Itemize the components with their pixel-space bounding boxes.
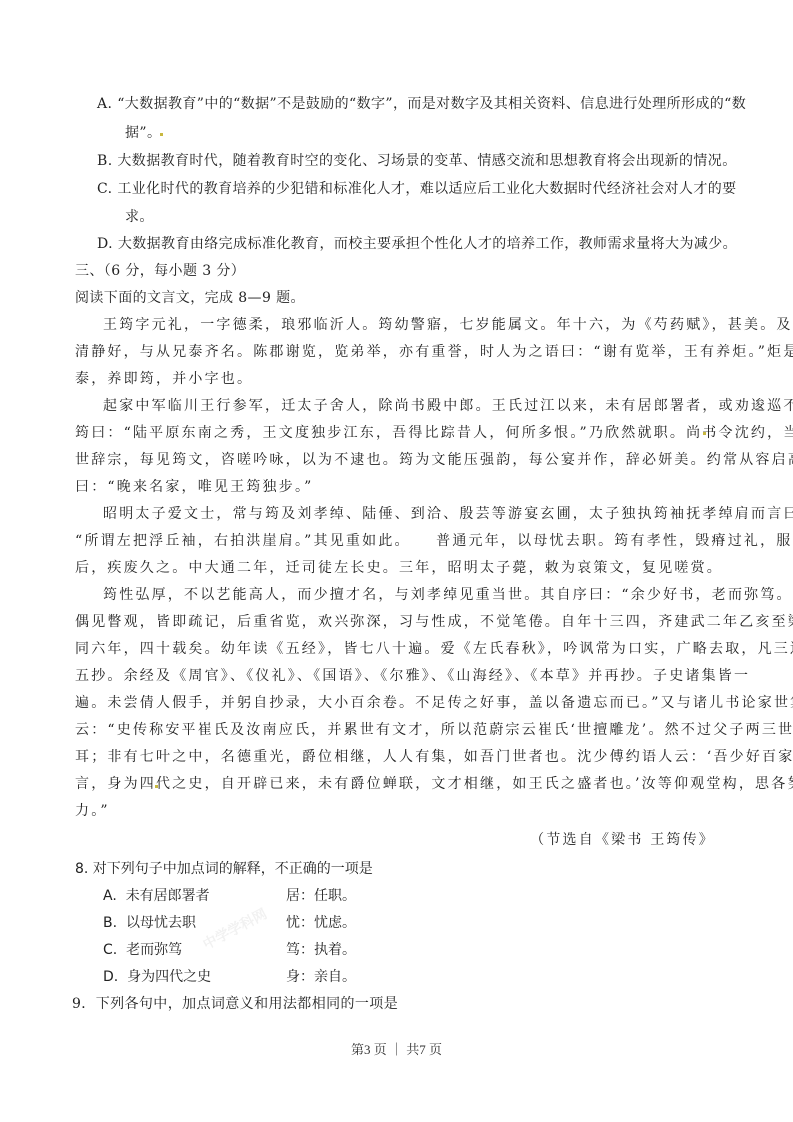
option-text: 大数据教育时代，随着教育时空的变化、习场景的变革、情感交流和思想教育将会出现新的… [117,153,736,169]
question-8-stem: 8. 对下列句子中加点词的解释，不正确的一项是 [75,860,373,878]
passage-line: 曰：“晚来名家，唯见王筠独步。” [75,478,314,496]
passage-line: 筠性弘厚，不以艺能高人，而少擅才名，与刘孝绰见重当世。其自序曰：“余少好书，老而… [103,586,793,604]
option-letter: B. [97,153,113,169]
passage-line: 云：“史传称安平崔氏及汝南应氏，并累世有文才，所以范蔚宗云崔氏‘世擅雕龙’。然不… [75,721,793,739]
stray-mark [160,133,163,136]
option-c-line1: C. 工业化时代的教育培养的少犯错和标准化人才，难以适应后工业化大数据时代经济社… [97,180,737,198]
option-letter: A. [103,888,117,904]
option-d: D. 大数据教育由络完成标准化教育，而校主要承担个性化人才的培养工作，教师需求量… [97,235,737,253]
option-text: 大数据教育由络完成标准化教育，而校主要承担个性化人才的培养工作，教师需求量将大为… [118,236,737,252]
option-text: “大数据教育”中的“数据”不是鼓励的“数字”，而是对数字及其相关资料、信息进行处… [117,96,746,112]
question-8-option-d: D. 身为四代之史 [103,968,211,986]
passage-line: 泰，养即筠，并小字也。 [75,370,253,388]
option-sentence: 老而弥笃 [126,942,182,958]
source-citation: （节选自《梁书 王筠传》 [530,831,715,849]
passage-line: 昭明太子爱文士，常与筠及刘孝绰、陆倕、到洽、殷芸等游宴玄圃，太子独执筠袖抚孝绰肩… [103,505,793,523]
section-heading: 三、（6 分，每小题 3 分） [75,262,245,280]
document-page: A. “大数据教育”中的“数据”不是鼓励的“数字”，而是对数字及其相关资料、信息… [0,0,793,1122]
passage-line: 世辞宗，每见筠文，咨嗟吟咏，以为不逮也。筠为文能压强韵，每公宴并作，辞必妍美。约… [75,451,793,469]
stray-mark [703,432,706,435]
passage-line: 言，身为四代之史，自开辟已来，未有爵位蝉联，文才相继，如王氏之盛者也。’汝等仰观… [75,775,793,793]
option-letter: C. [103,942,117,958]
option-sentence: 未有居郎署者 [126,888,210,904]
passage-line: 力。” [75,802,110,820]
passage-line: “所谓左把浮丘袖，右拍洪崖肩。”其见重如此。 普通元年，以母忧去职。筠有孝性，毁… [75,532,793,550]
question-8-option-d-explanation: 身：亲自。 [286,968,356,986]
passage-line: 五抄。余经及《周官》、《仪礼》、《国语》、《尔雅》、《山海经》、《本草》并再抄。… [75,667,750,685]
question-9-stem: 9．下列各句中，加点词意义和用法都相同的一项是 [72,995,398,1013]
option-text: 工业化时代的教育培养的少犯错和标准化人才，难以适应后工业化大数据时代经济社会对人… [117,181,736,197]
passage-line: 遍。未尝倩人假手，并躬自抄录，大小百余卷。不足传之好事，盖以备遗忘而已。”又与诸… [75,694,793,712]
option-c-line2: 求。 [125,208,154,226]
option-a-line2: 据”。 [125,124,161,142]
option-a-line1: A. “大数据教育”中的“数据”不是鼓励的“数字”，而是对数字及其相关资料、信息… [97,95,746,113]
passage-line: 同六年，四十载矣。幼年读《五经》，皆七八十遍。爱《左氏春秋》，吟讽常为口实，广略… [75,640,793,658]
passage-line: 后，疾废久之。中大通二年，迁司徒左长史。三年，昭明太子薨，敕为哀策文，复见嗟赏。 [75,559,723,577]
section-instruction: 阅读下面的文言文，完成 8—9 题。 [75,289,305,307]
question-8-option-a: A. 未有居郎署者 [103,887,210,905]
passage-line: 偶见瞥观，皆即疏记，后重省览，欢兴弥深，习与性成，不觉笔倦。自年十三四，齐建武二… [75,613,793,631]
option-letter: D. [103,969,118,985]
passage-line: 清静好，与从兄泰齐名。陈郡谢览，览弟举，亦有重誉，时人为之语曰：“谢有览举，王有… [75,343,793,361]
option-sentence: 以母忧去职 [126,915,196,931]
page-footer: 第3 页 ｜ 共7 页 [0,1039,793,1058]
passage-line: 筠曰：“陆平原东南之秀，王文度独步江东，吾得比踪昔人，何所多恨。”乃欣然就职。尚… [75,424,793,442]
option-letter: C. [97,181,112,197]
passage-line: 王筠字元礼，一字德柔，琅邪临沂人。筠幼警寤，七岁能属文。年十六，为《芍药赋》，甚… [103,316,793,334]
question-8-option-c: C. 老而弥笃 [103,941,182,959]
option-sentence: 身为四代之史 [127,969,211,985]
option-letter: B. [103,915,117,931]
passage-line: 起家中军临川王行参军，迁太子舍人，除尚书殿中郎。王氏过江以来，未有居郎署者，或劝… [103,397,793,415]
passage-line: 耳；非有七叶之中，名德重光，爵位相继，人人有集，如吾门世者也。沈少傅约语人云：‘… [75,748,793,766]
option-letter: A. [97,96,112,112]
option-letter: D. [97,236,113,252]
option-b: B. 大数据教育时代，随着教育时空的变化、习场景的变革、情感交流和思想教育将会出… [97,152,737,170]
question-8-option-b: B. 以母忧去职 [103,914,196,932]
stray-mark [155,785,158,788]
